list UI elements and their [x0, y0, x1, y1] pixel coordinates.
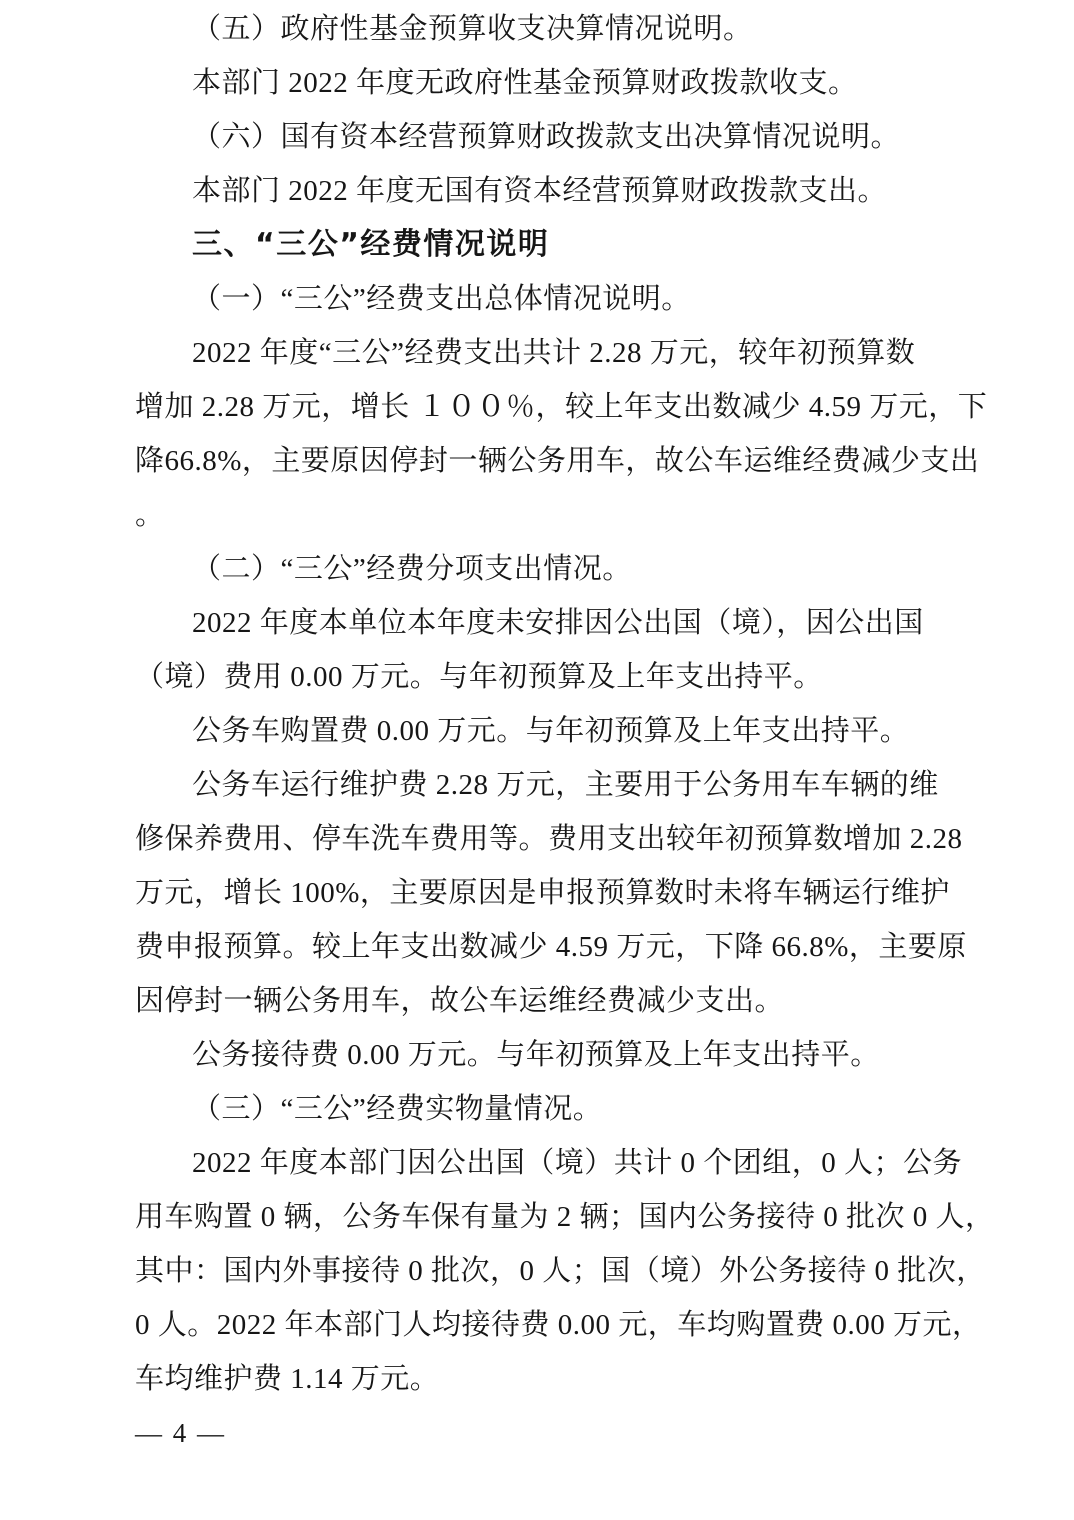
- paragraph-abroad-line-1: 2022 年度本单位本年度未安排因公出国（境），因公出国: [135, 596, 947, 650]
- paragraph-physical-qty-line-3: 其中：国内外事接待 0 批次，0 人；国（境）外公务接待 0 批次，: [135, 1244, 947, 1298]
- paragraph-total-expense-line-3: 降66.8%，主要原因停封一辆公务用车，故公车运维经费减少支出: [135, 434, 947, 488]
- paragraph-vehicle-maint-line-1: 公务车运行维护费 2.28 万元，主要用于公务用车车辆的维: [135, 758, 947, 812]
- subsection-3-heading: （三）“三公”经费实物量情况。: [135, 1082, 947, 1136]
- paragraph-vehicle-purchase: 公务车购置费 0.00 万元。与年初预算及上年支出持平。: [135, 704, 947, 758]
- paragraph-abroad-line-2: （境）费用 0.00 万元。与年初预算及上年支出持平。: [135, 650, 947, 704]
- paragraph-physical-qty-line-4: 0 人。2022 年本部门人均接待费 0.00 元，车均购置费 0.00 万元，: [135, 1298, 947, 1352]
- paragraph-vehicle-maint-line-2: 修保养费用、停车洗车费用等。费用支出较年初预算数增加 2.28: [135, 812, 947, 866]
- document-page: （五）政府性基金预算收支决算情况说明。 本部门 2022 年度无政府性基金预算财…: [0, 0, 1074, 1520]
- subsection-5-heading: （五）政府性基金预算收支决算情况说明。: [135, 2, 947, 56]
- paragraph-vehicle-maint-line-3: 万元，增长 100%，主要原因是申报预算数时未将车辆运行维护: [135, 866, 947, 920]
- paragraph-total-expense-line-2: 增加 2.28 万元，增长 １００％，较上年支出数减少 4.59 万元，下: [135, 380, 947, 434]
- section-3-heading: 三、“三公”经费情况说明: [135, 218, 947, 272]
- paragraph-total-expense-line-1: 2022 年度“三公”经费支出共计 2.28 万元，较年初预算数: [135, 326, 947, 380]
- subsection-2-heading: （二）“三公”经费分项支出情况。: [135, 542, 947, 596]
- paragraph-physical-qty-line-5: 车均维护费 1.14 万元。: [135, 1352, 947, 1406]
- paragraph-total-expense-line-4: 。: [135, 488, 947, 542]
- page-number: — 4 —: [135, 1406, 947, 1460]
- paragraph-reception-fee: 公务接待费 0.00 万元。与年初预算及上年支出持平。: [135, 1028, 947, 1082]
- paragraph-physical-qty-line-1: 2022 年度本部门因公出国（境）共计 0 个团组，0 人；公务: [135, 1136, 947, 1190]
- paragraph-state-capital-none: 本部门 2022 年度无国有资本经营预算财政拨款支出。: [135, 164, 947, 218]
- subsection-6-heading: （六）国有资本经营预算财政拨款支出决算情况说明。: [135, 110, 947, 164]
- paragraph-vehicle-maint-line-5: 因停封一辆公务用车，故公车运维经费减少支出。: [135, 974, 947, 1028]
- subsection-1-heading: （一）“三公”经费支出总体情况说明。: [135, 272, 947, 326]
- paragraph-physical-qty-line-2: 用车购置 0 辆，公务车保有量为 2 辆；国内公务接待 0 批次 0 人，: [135, 1190, 947, 1244]
- paragraph-gov-fund-none: 本部门 2022 年度无政府性基金预算财政拨款收支。: [135, 56, 947, 110]
- document-content: （五）政府性基金预算收支决算情况说明。 本部门 2022 年度无政府性基金预算财…: [135, 2, 947, 1460]
- paragraph-vehicle-maint-line-4: 费申报预算。较上年支出数减少 4.59 万元，下降 66.8%，主要原: [135, 920, 947, 974]
